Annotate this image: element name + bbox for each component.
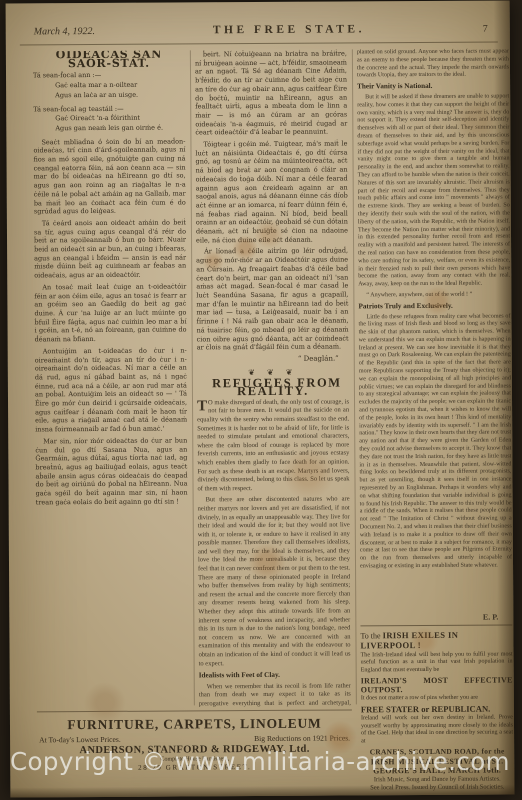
english-article-continuation: planted on solid ground. Anyone who face… bbox=[357, 48, 512, 611]
advert-body: The Irish-Ireland ideal will best help y… bbox=[361, 651, 513, 674]
irish-paragraph: ḃeirt. Ní ċoṫuiġeann na briaṫra na bráiṫ… bbox=[195, 49, 348, 137]
irish-article-continuation: ḃeirt. Ní ċoṫuiġeann na briaṫra na bráiṫ… bbox=[195, 49, 349, 364]
page-number: 7 bbox=[483, 24, 488, 35]
irish-article-title: OIDEAĊAS SAN SAOR-STÁT. bbox=[33, 50, 185, 68]
drop-cap: T bbox=[197, 399, 208, 413]
advert-footer: Irish Music, Song and Dance by Famous Ar… bbox=[361, 775, 513, 783]
copyright-watermark: Copyright © www.militaria-archive.com bbox=[10, 747, 510, 776]
advert-body: Ireland will work out her own destiny in… bbox=[361, 715, 513, 746]
prices-left: At To-day's Lowest Prices. bbox=[39, 735, 121, 744]
liverpool-advert-heading: To the IRISH EXILES IN LIVERPOOL ! bbox=[360, 629, 512, 650]
irish-paragraph: Tóigtear i gcéin mé. Tuigtear, má's maiṫ… bbox=[195, 139, 348, 244]
page-header: March 4, 1922. THE FREE STATE. 7 bbox=[34, 23, 488, 38]
subhead-idealists: Idealists with Feet of Clay. bbox=[199, 671, 351, 681]
furniture-advert-prices: At To-day's Lowest Prices. Big Reduction… bbox=[39, 733, 350, 744]
irish-paragraph: Mar sin, níor ṁór oideaċtas do ċur ar bu… bbox=[35, 436, 187, 507]
masthead-title: THE FREE STATE. bbox=[213, 23, 365, 36]
issue-date: March 4, 1922. bbox=[34, 26, 95, 37]
advert-line-outpost: IRELAND'S MOST EFFECTIVE OUTPOST. bbox=[361, 675, 513, 694]
header-rule bbox=[20, 42, 498, 46]
english-paragraph: But there are other discontented natures… bbox=[198, 496, 351, 669]
column-rule-2 bbox=[352, 49, 357, 704]
article-quote: “ Anywhere, anywhere, out of the world !… bbox=[358, 291, 510, 300]
english-article-signature: E. P. bbox=[360, 612, 512, 622]
english-paragraph: When we remember that its recoil is from… bbox=[199, 682, 351, 708]
verse-line: Agus gan neaṁ leis gan oirṁe é. bbox=[33, 123, 185, 133]
advert-line-freestater: FREE STATER or REPUBLICAN. bbox=[361, 704, 513, 715]
irish-paragraph: Aontuiġim an t-oideaċas do ċur i n-oirea… bbox=[35, 346, 188, 434]
column-3: planted on solid ground. Anyone who face… bbox=[357, 48, 514, 791]
english-paragraph: planted on solid ground. Anyone who face… bbox=[357, 48, 509, 80]
subhead-vanity: Their Vanity is National. bbox=[357, 83, 509, 92]
irish-article-signature: “ Deaglán.” bbox=[197, 354, 349, 364]
prices-right: Big Reductions on 1921 Prices. bbox=[254, 733, 350, 743]
paragraph-text: O make disregard of death, the only test… bbox=[197, 398, 349, 492]
irish-paragraph: Tá ċeárd anois aon oideaċt aṁáin do ḃeiṫ… bbox=[34, 218, 186, 280]
irish-paragraph: Ár líonaḋ a ċéile aiṫrím go léir oḋruġaḋ… bbox=[196, 247, 349, 352]
proverb-intro-1: Tá sean-ḟocal ann :— bbox=[33, 71, 185, 81]
english-paragraph: But it will be asked if these dreamers a… bbox=[357, 93, 510, 289]
newspaper-page: March 4, 1922. THE FREE STATE. 7 OIDEAĊA… bbox=[6, 0, 515, 797]
irish-paragraph: An tosaċ maiṫ leaṫ ċuige an t-oideaċtóir… bbox=[34, 282, 186, 344]
subhead-patriots: Patriots Truly and Exclusively. bbox=[358, 302, 510, 311]
verse-line: Agus an laċa ar an uisge. bbox=[33, 90, 185, 100]
english-article-start: REFUGEES FROM REALITY. TO make disregard… bbox=[197, 378, 351, 708]
verse-line: Gaċ Oireaċt 'n-a ḟóirithint bbox=[33, 114, 185, 124]
english-article-title: REFUGEES FROM REALITY. bbox=[197, 378, 349, 396]
page-edge-shadow-bottom bbox=[10, 784, 514, 797]
heading-prefix: To the bbox=[360, 631, 382, 640]
column-2: ḃeirt. Ní ċoṫuiġeann na briaṫra na bráiṫ… bbox=[195, 49, 351, 708]
advert-body: It does not matter a row of pins whether… bbox=[361, 694, 513, 702]
column-1-irish-article: OIDEAĊAS SAN SAOR-STÁT. Tá sean-ḟocal an… bbox=[33, 50, 189, 709]
proverb-intro-2: Tá sean-ḟocal ag teastáil :— bbox=[33, 104, 185, 114]
english-paragraph: Little do these refugees from reality ca… bbox=[358, 313, 512, 571]
advert-divider-rule bbox=[37, 709, 352, 712]
furniture-advert-title: FURNITURE, CARPETS, LINOLEUM bbox=[37, 715, 352, 733]
verse-line: Gaċ ealta mar a n-oiltear bbox=[33, 81, 185, 91]
column-rule-1 bbox=[190, 50, 195, 705]
irish-paragraph: Seaċt mbliaḋna ó ṡoin do ḃí an meaḋon-oi… bbox=[33, 137, 185, 216]
english-paragraph-dropcap: TO make disregard of death, the only tes… bbox=[197, 398, 350, 493]
